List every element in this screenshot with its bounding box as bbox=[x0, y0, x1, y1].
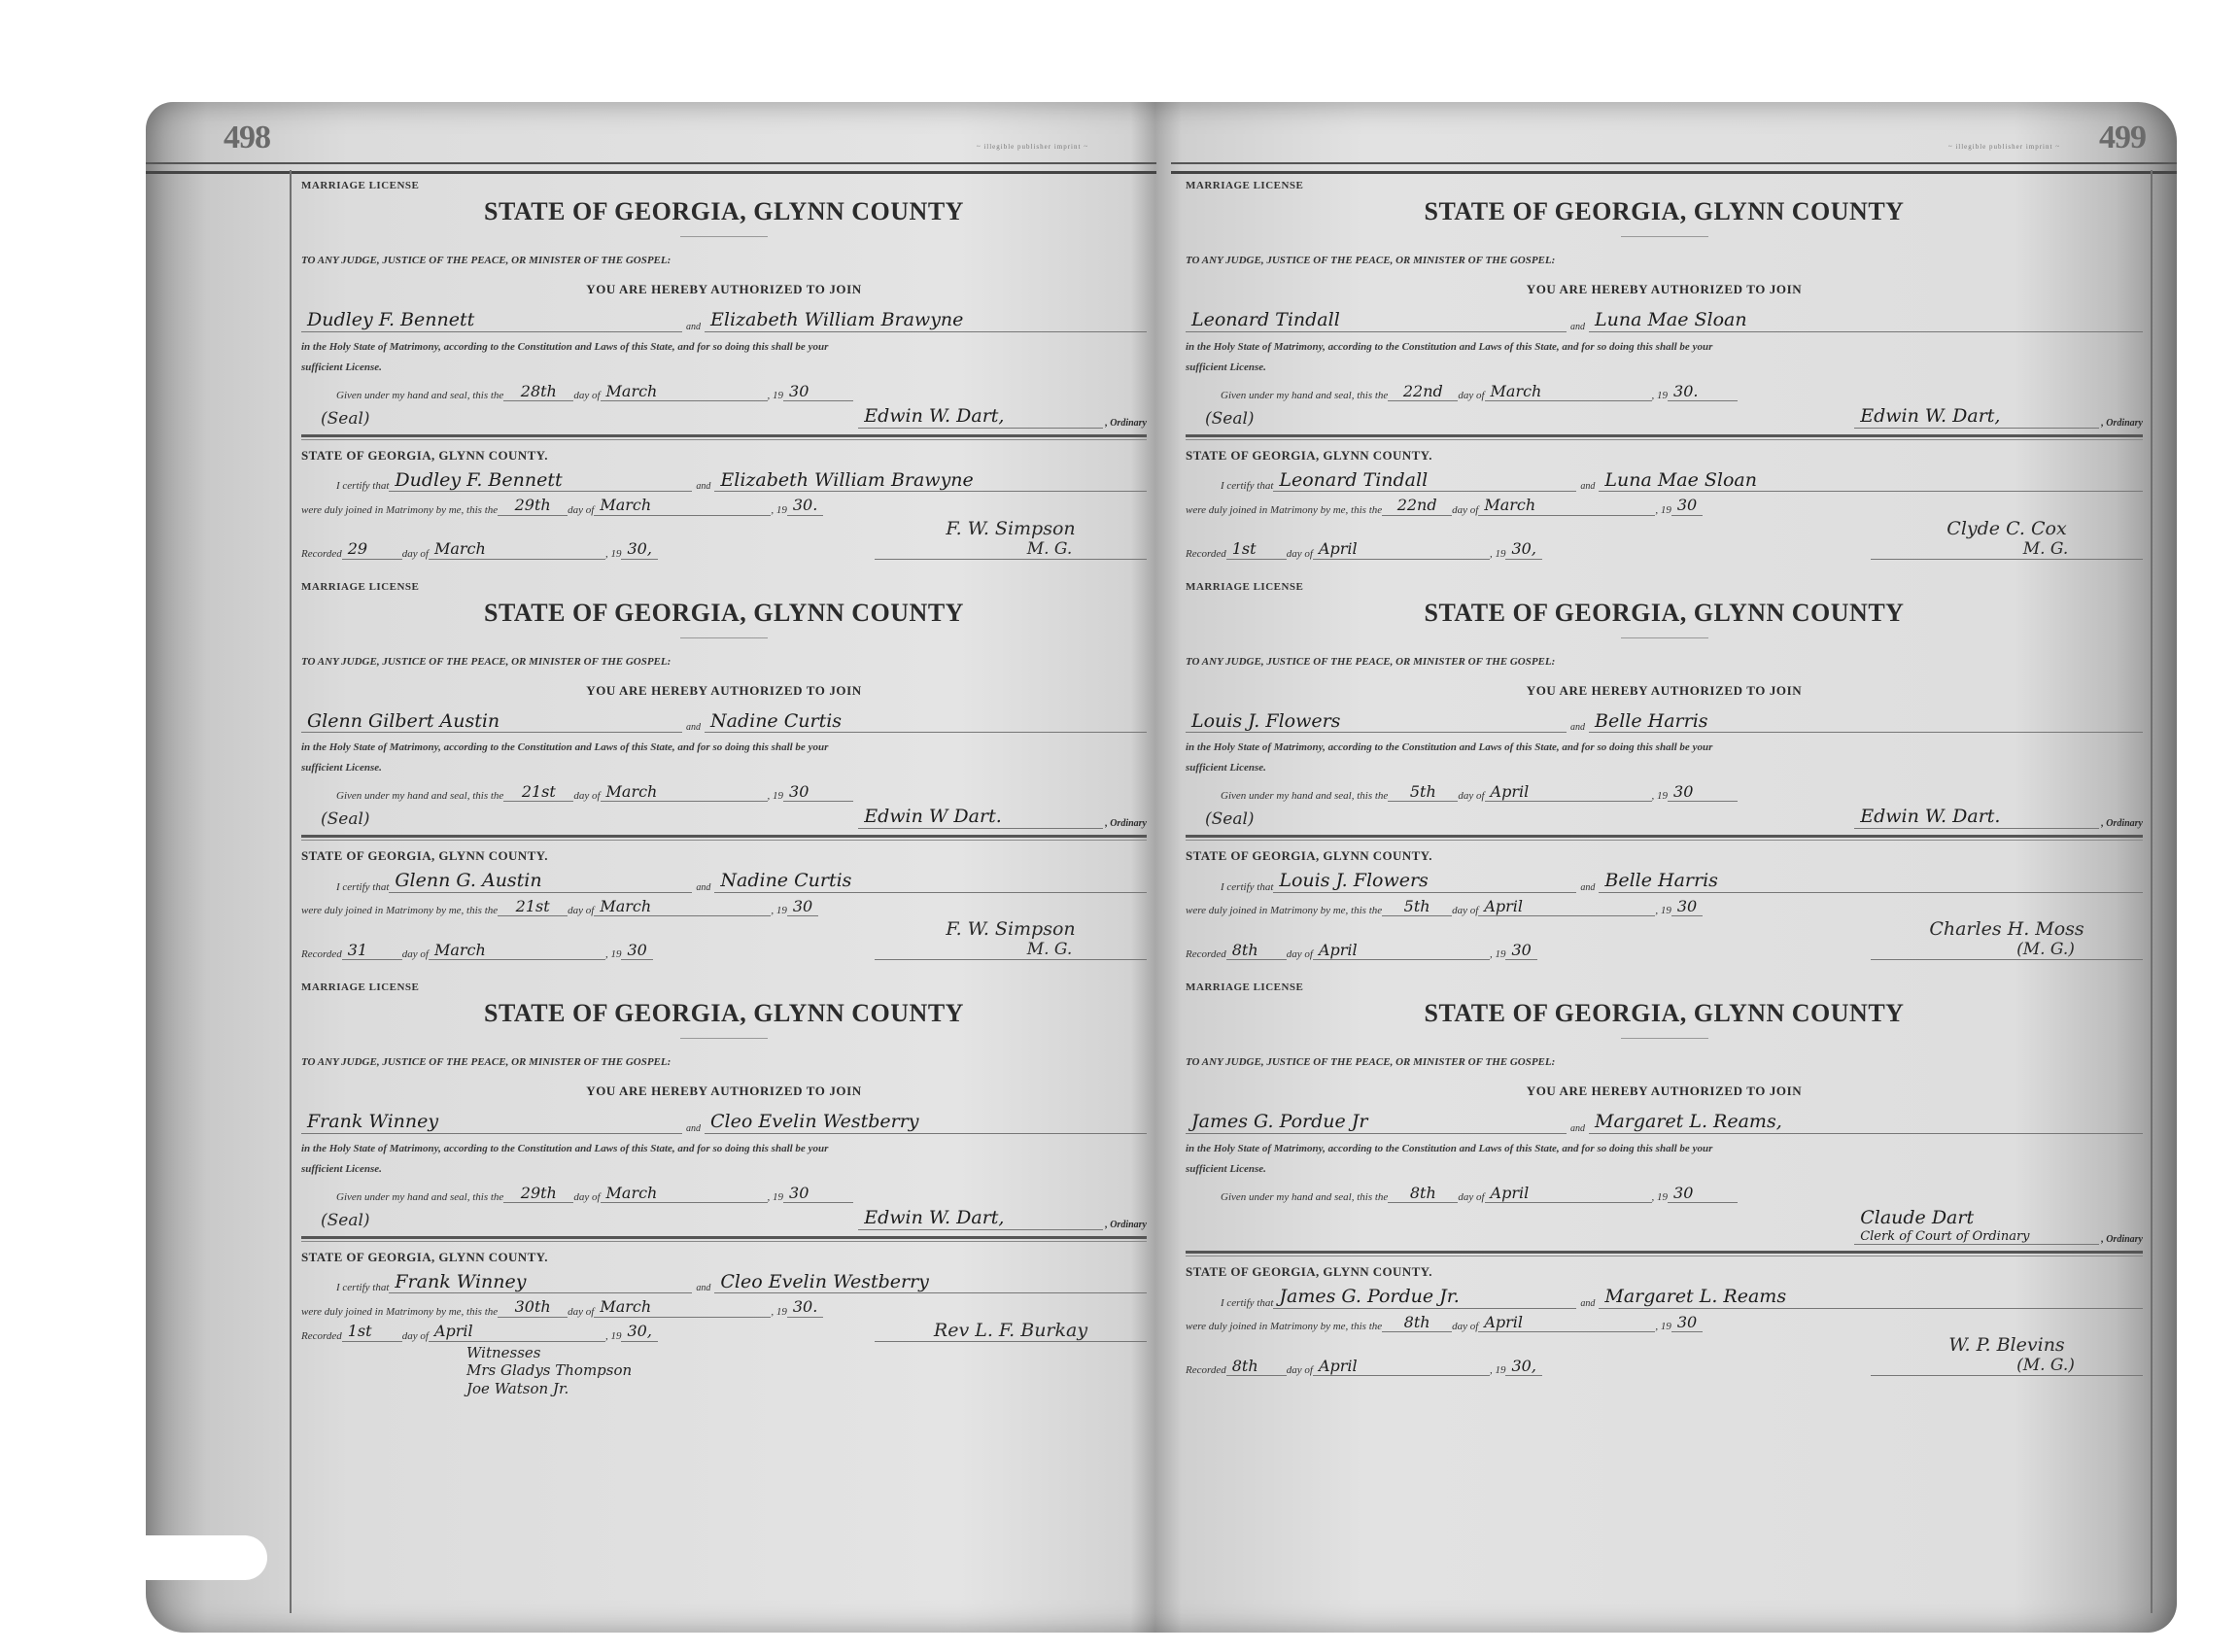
publisher-imprint: ~ illegible publisher imprint ~ bbox=[1948, 143, 2060, 151]
officiant-name: Rev L. F. Burkay bbox=[875, 1320, 1147, 1341]
couple-names: James G. Pordue Jr and Margaret L. Reams… bbox=[1186, 1111, 2143, 1134]
joined-month: March bbox=[594, 1297, 771, 1317]
section-divider bbox=[1186, 1251, 2143, 1256]
ledger-tab-notch bbox=[146, 1535, 267, 1580]
license-year: 30 bbox=[1668, 1184, 1738, 1203]
ordinary-signature-text: Edwin W Dart. bbox=[864, 806, 1002, 827]
and-label: and bbox=[1576, 882, 1599, 893]
officiant-name: F. W. Simpson bbox=[875, 518, 1147, 539]
joined-day: 29th bbox=[498, 496, 568, 515]
year-prefix: , 19 bbox=[771, 905, 787, 916]
seal-mark: (Seal) bbox=[321, 1211, 370, 1230]
officiant-signature: F. W. Simpson M. G. bbox=[875, 918, 1147, 960]
joined-year: 30. bbox=[787, 496, 823, 515]
recorded-month: April bbox=[1313, 1357, 1490, 1376]
license-boilerplate: in the Holy State of Matrimony, accordin… bbox=[301, 738, 1147, 778]
boilerplate-text: sufficient License. bbox=[1186, 1163, 1266, 1175]
recorded-row: Recorded 1st day of April , 19 30, Rev L… bbox=[301, 1320, 1147, 1342]
ordinary-label: , Ordinary bbox=[2101, 418, 2143, 429]
recorded-year: 30 bbox=[1505, 941, 1536, 960]
officiant-title: M. G. bbox=[1871, 539, 2143, 559]
cert-bride-name: Nadine Curtis bbox=[714, 870, 1147, 893]
given-prefix: Given under my hand and seal, this the bbox=[336, 1191, 503, 1203]
cert-groom-name: Leonard Tindall bbox=[1273, 469, 1576, 493]
ordinary-label: , Ordinary bbox=[2101, 1234, 2143, 1245]
authorized-heading: YOU ARE HEREBY AUTHORIZED TO JOIN bbox=[301, 282, 1147, 297]
day-of-label: day of bbox=[1458, 390, 1484, 401]
ordinary-note: Clerk of Court of Ordinary bbox=[1860, 1229, 2093, 1245]
year-prefix: , 19 bbox=[605, 548, 622, 560]
ledger-book: 498 ~ illegible publisher imprint ~ MARR… bbox=[146, 102, 2177, 1633]
couple-names: Dudley F. Bennett and Elizabeth William … bbox=[301, 309, 1147, 332]
certificate-title: STATE OF GEORGIA, GLYNN COUNTY. bbox=[301, 448, 1147, 464]
license-boilerplate: in the Holy State of Matrimony, accordin… bbox=[1186, 1139, 2143, 1180]
joined-month: March bbox=[594, 897, 771, 916]
license-record: MARRIAGE LICENSE STATE OF GEORGIA, GLYNN… bbox=[1186, 981, 2143, 1376]
joined-date-line: were duly joined in Matrimony by me, thi… bbox=[1186, 1313, 2143, 1332]
day-of-label: day of bbox=[1287, 1364, 1313, 1376]
ordinary-signature-row: (Seal) Edwin W. Dart. , Ordinary bbox=[1186, 806, 2143, 829]
officiant-name: W. P. Blevins bbox=[1871, 1334, 2143, 1356]
address-line: TO ANY JUDGE, JUSTICE OF THE PEACE, OR M… bbox=[301, 255, 1147, 266]
certificate-names: I certify that Dudley F. Bennett and Eli… bbox=[336, 469, 1147, 493]
certificate-title: STATE OF GEORGIA, GLYNN COUNTY. bbox=[1186, 1264, 2143, 1280]
certificate-title: STATE OF GEORGIA, GLYNN COUNTY. bbox=[301, 1250, 1147, 1265]
recorded-prefix: Recorded bbox=[1186, 948, 1226, 960]
seal-mark: (Seal) bbox=[321, 409, 370, 429]
ordinary-label: , Ordinary bbox=[1105, 418, 1147, 429]
ordinary-block: Claude Dart Clerk of Court of Ordinary ,… bbox=[1854, 1207, 2143, 1245]
license-day: 22nd bbox=[1388, 382, 1458, 401]
given-prefix: Given under my hand and seal, this the bbox=[1221, 790, 1388, 802]
cert-bride-name: Cleo Evelin Westberry bbox=[714, 1271, 1147, 1294]
address-line: TO ANY JUDGE, JUSTICE OF THE PEACE, OR M… bbox=[1186, 255, 2143, 266]
day-of-label: day of bbox=[568, 905, 594, 916]
header-rule bbox=[146, 162, 1156, 174]
recorded-date-line: Recorded 8th day of April , 19 30 bbox=[1186, 941, 1537, 960]
year-prefix: , 19 bbox=[1490, 1364, 1506, 1376]
boilerplate-text: sufficient License. bbox=[301, 762, 382, 774]
recorded-date-line: Recorded 1st day of April , 19 30, bbox=[1186, 539, 1542, 559]
certificate-names: I certify that Glenn G. Austin and Nadin… bbox=[336, 870, 1147, 893]
state-title: STATE OF GEORGIA, GLYNN COUNTY bbox=[1186, 599, 2143, 628]
and-label: and bbox=[682, 1123, 705, 1134]
cert-bride-name: Luna Mae Sloan bbox=[1599, 469, 2143, 493]
license-date-line: Given under my hand and seal, this the 2… bbox=[336, 782, 1147, 802]
authorized-heading: YOU ARE HEREBY AUTHORIZED TO JOIN bbox=[301, 683, 1147, 699]
ordinary-block: Edwin W. Dart, , Ordinary bbox=[858, 405, 1147, 429]
title-rule bbox=[680, 236, 768, 237]
given-prefix: Given under my hand and seal, this the bbox=[1221, 390, 1388, 401]
address-line: TO ANY JUDGE, JUSTICE OF THE PEACE, OR M… bbox=[301, 656, 1147, 668]
ordinary-signature: Claude Dart Clerk of Court of Ordinary bbox=[1854, 1207, 2099, 1245]
bride-name: Belle Harris bbox=[1589, 710, 2143, 734]
year-prefix: , 19 bbox=[768, 790, 784, 802]
boilerplate-text: in the Holy State of Matrimony, accordin… bbox=[301, 341, 828, 353]
officiant-title: (M. G.) bbox=[1871, 940, 2143, 959]
certificate-title: STATE OF GEORGIA, GLYNN COUNTY. bbox=[1186, 448, 2143, 464]
ordinary-block: Edwin W. Dart. , Ordinary bbox=[1854, 806, 2143, 829]
license-month: March bbox=[601, 782, 768, 802]
license-boilerplate: in the Holy State of Matrimony, accordin… bbox=[1186, 738, 2143, 778]
year-prefix: , 19 bbox=[1652, 390, 1669, 401]
certificate-names: I certify that Frank Winney and Cleo Eve… bbox=[336, 1271, 1147, 1294]
ordinary-signature: Edwin W. Dart. bbox=[1854, 806, 2099, 829]
address-line: TO ANY JUDGE, JUSTICE OF THE PEACE, OR M… bbox=[1186, 656, 2143, 668]
recorded-date-line: Recorded 29 day of March , 19 30, bbox=[301, 539, 658, 559]
cert-groom-name: Glenn G. Austin bbox=[389, 870, 692, 893]
license-year: 30 bbox=[783, 1184, 853, 1203]
day-of-label: day of bbox=[1287, 548, 1313, 560]
title-rule bbox=[1621, 637, 1708, 638]
recorded-date-line: Recorded 8th day of April , 19 30, bbox=[1186, 1357, 1542, 1376]
cert-groom-name: Louis J. Flowers bbox=[1273, 870, 1576, 893]
state-title: STATE OF GEORGIA, GLYNN COUNTY bbox=[1186, 197, 2143, 226]
ordinary-label: , Ordinary bbox=[2101, 818, 2143, 829]
bride-name: Cleo Evelin Westberry bbox=[705, 1111, 1147, 1134]
groom-name: Glenn Gilbert Austin bbox=[301, 710, 682, 734]
license-year: 30. bbox=[1668, 382, 1738, 401]
given-prefix: Given under my hand and seal, this the bbox=[1221, 1191, 1388, 1203]
marriage-license-label: MARRIAGE LICENSE bbox=[301, 180, 1147, 191]
recorded-row: Recorded 8th day of April , 19 30 Charle… bbox=[1186, 918, 2143, 960]
license-record: MARRIAGE LICENSE STATE OF GEORGIA, GLYNN… bbox=[301, 581, 1147, 961]
marriage-license-label: MARRIAGE LICENSE bbox=[1186, 981, 2143, 993]
cert-groom-name: James G. Pordue Jr. bbox=[1273, 1286, 1576, 1309]
joined-day: 21st bbox=[498, 897, 568, 916]
certify-prefix: I certify that bbox=[336, 1282, 389, 1293]
license-date-line: Given under my hand and seal, this the 2… bbox=[336, 1184, 1147, 1203]
joined-date-line: were duly joined in Matrimony by me, thi… bbox=[1186, 897, 2143, 916]
state-title: STATE OF GEORGIA, GLYNN COUNTY bbox=[301, 599, 1147, 628]
cert-groom-name: Dudley F. Bennett bbox=[389, 469, 692, 493]
and-label: and bbox=[682, 722, 705, 733]
and-label: and bbox=[682, 322, 705, 332]
couple-names: Frank Winney and Cleo Evelin Westberry bbox=[301, 1111, 1147, 1134]
page-number: 498 bbox=[224, 120, 270, 156]
ordinary-block: Edwin W. Dart, , Ordinary bbox=[1854, 405, 2143, 429]
joined-month: March bbox=[594, 496, 771, 515]
day-of-label: day of bbox=[573, 1191, 600, 1203]
officiant-name: Charles H. Moss bbox=[1871, 918, 2143, 940]
year-prefix: , 19 bbox=[768, 390, 784, 401]
title-rule bbox=[680, 637, 768, 638]
day-of-label: day of bbox=[402, 1330, 429, 1342]
joined-date-line: were duly joined in Matrimony by me, thi… bbox=[1186, 496, 2143, 515]
section-divider bbox=[301, 1236, 1147, 1242]
cert-bride-name: Margaret L. Reams bbox=[1599, 1286, 2143, 1309]
boilerplate-text: sufficient License. bbox=[1186, 762, 1266, 774]
day-of-label: day of bbox=[568, 1306, 594, 1318]
recorded-year: 30, bbox=[621, 1322, 657, 1341]
year-prefix: , 19 bbox=[1490, 948, 1506, 960]
license-boilerplate: in the Holy State of Matrimony, accordin… bbox=[1186, 337, 2143, 378]
license-day: 29th bbox=[503, 1184, 573, 1203]
license-year: 30 bbox=[1668, 782, 1738, 802]
officiant-title: (M. G.) bbox=[1871, 1356, 2143, 1375]
ordinary-signature-text: Edwin W. Dart, bbox=[1860, 405, 2000, 427]
license-month: April bbox=[1485, 1184, 1652, 1203]
recorded-prefix: Recorded bbox=[301, 948, 342, 960]
boilerplate-text: sufficient License. bbox=[301, 361, 382, 373]
joined-prefix: were duly joined in Matrimony by me, thi… bbox=[1186, 905, 1382, 916]
groom-name: Louis J. Flowers bbox=[1186, 710, 1567, 734]
groom-name: Leonard Tindall bbox=[1186, 309, 1567, 332]
authorized-heading: YOU ARE HEREBY AUTHORIZED TO JOIN bbox=[1186, 1084, 2143, 1099]
recorded-year: 30, bbox=[621, 539, 657, 559]
certify-prefix: I certify that bbox=[336, 881, 389, 893]
and-label: and bbox=[1567, 1123, 1589, 1134]
day-of-label: day of bbox=[573, 390, 600, 401]
ordinary-signature-row: (Seal) Edwin W. Dart, , Ordinary bbox=[301, 405, 1147, 429]
recorded-day: 29 bbox=[342, 539, 402, 559]
ordinary-block: Edwin W. Dart, , Ordinary bbox=[858, 1207, 1147, 1230]
joined-prefix: were duly joined in Matrimony by me, thi… bbox=[301, 905, 498, 916]
recorded-day: 1st bbox=[342, 1322, 402, 1341]
recorded-row: Recorded 29 day of March , 19 30, F. W. … bbox=[301, 518, 1147, 560]
right-page: 499 ~ illegible publisher imprint ~ MARR… bbox=[1171, 102, 2177, 1633]
bride-name: Luna Mae Sloan bbox=[1589, 309, 2143, 332]
section-divider bbox=[1186, 835, 2143, 841]
license-list: MARRIAGE LICENSE STATE OF GEORGIA, GLYNN… bbox=[301, 180, 1147, 1420]
officiant-signature: F. W. Simpson M. G. bbox=[875, 518, 1147, 560]
ordinary-label: , Ordinary bbox=[1105, 818, 1147, 829]
joined-prefix: were duly joined in Matrimony by me, thi… bbox=[1186, 1321, 1382, 1332]
recorded-date-line: Recorded 31 day of March , 19 30 bbox=[301, 941, 653, 960]
recorded-day: 1st bbox=[1226, 539, 1287, 559]
boilerplate-text: in the Holy State of Matrimony, accordin… bbox=[1186, 741, 1712, 753]
header-rule bbox=[1171, 162, 2177, 174]
marriage-license-label: MARRIAGE LICENSE bbox=[1186, 180, 2143, 191]
certificate-title: STATE OF GEORGIA, GLYNN COUNTY. bbox=[301, 848, 1147, 864]
state-title: STATE OF GEORGIA, GLYNN COUNTY bbox=[301, 197, 1147, 226]
ordinary-label: , Ordinary bbox=[1105, 1220, 1147, 1230]
recorded-month: March bbox=[429, 539, 605, 559]
joined-date-line: were duly joined in Matrimony by me, thi… bbox=[301, 897, 1147, 916]
license-month: March bbox=[1485, 382, 1652, 401]
license-boilerplate: in the Holy State of Matrimony, accordin… bbox=[301, 1139, 1147, 1180]
officiant-signature: Charles H. Moss (M. G.) bbox=[1871, 918, 2143, 960]
license-record: MARRIAGE LICENSE STATE OF GEORGIA, GLYNN… bbox=[301, 981, 1147, 1398]
and-label: and bbox=[692, 882, 714, 893]
officiant-signature: Clyde C. Cox M. G. bbox=[1871, 518, 2143, 560]
certify-prefix: I certify that bbox=[1221, 480, 1273, 492]
year-prefix: , 19 bbox=[605, 1330, 622, 1342]
license-date-line: Given under my hand and seal, this the 8… bbox=[1221, 1184, 2143, 1203]
joined-month: March bbox=[1478, 496, 1655, 515]
recorded-month: April bbox=[1313, 539, 1490, 559]
couple-names: Louis J. Flowers and Belle Harris bbox=[1186, 710, 2143, 734]
day-of-label: day of bbox=[568, 504, 594, 516]
certify-prefix: I certify that bbox=[336, 480, 389, 492]
joined-year: 30 bbox=[787, 897, 818, 916]
license-year: 30 bbox=[783, 782, 853, 802]
ordinary-signature-row: (Seal) Edwin W Dart. , Ordinary bbox=[301, 806, 1147, 829]
joined-date-line: were duly joined in Matrimony by me, thi… bbox=[301, 1297, 1147, 1317]
witness-line: Mrs Gladys Thompson bbox=[466, 1361, 1147, 1380]
certificate-names: I certify that James G. Pordue Jr. and M… bbox=[1221, 1286, 2143, 1309]
authorized-heading: YOU ARE HEREBY AUTHORIZED TO JOIN bbox=[301, 1084, 1147, 1099]
seal-mark: (Seal) bbox=[1205, 809, 1255, 829]
marriage-license-label: MARRIAGE LICENSE bbox=[301, 981, 1147, 993]
license-record: MARRIAGE LICENSE STATE OF GEORGIA, GLYNN… bbox=[301, 180, 1147, 560]
year-prefix: , 19 bbox=[1652, 1191, 1669, 1203]
day-of-label: day of bbox=[1452, 905, 1478, 916]
recorded-day: 8th bbox=[1226, 1357, 1287, 1376]
joined-prefix: were duly joined in Matrimony by me, thi… bbox=[301, 504, 498, 516]
license-year: 30 bbox=[783, 382, 853, 401]
year-prefix: , 19 bbox=[1652, 790, 1669, 802]
license-date-line: Given under my hand and seal, this the 5… bbox=[1221, 782, 2143, 802]
year-prefix: , 19 bbox=[1490, 548, 1506, 560]
ordinary-signature-row: (Seal) Edwin W. Dart, , Ordinary bbox=[1186, 405, 2143, 429]
boilerplate-text: in the Holy State of Matrimony, accordin… bbox=[301, 1143, 828, 1154]
officiant-name: F. W. Simpson bbox=[875, 918, 1147, 940]
license-record: MARRIAGE LICENSE STATE OF GEORGIA, GLYNN… bbox=[1186, 581, 2143, 961]
given-prefix: Given under my hand and seal, this the bbox=[336, 390, 503, 401]
publisher-imprint: ~ illegible publisher imprint ~ bbox=[977, 143, 1088, 151]
year-prefix: , 19 bbox=[1655, 905, 1671, 916]
certificate-names: I certify that Louis J. Flowers and Bell… bbox=[1221, 870, 2143, 893]
recorded-year: 30 bbox=[621, 941, 652, 960]
recorded-year: 30, bbox=[1505, 539, 1541, 559]
joined-day: 22nd bbox=[1382, 496, 1452, 515]
joined-month: April bbox=[1478, 897, 1655, 916]
ordinary-signature-text: Claude Dart bbox=[1860, 1207, 1974, 1228]
cert-groom-name: Frank Winney bbox=[389, 1271, 692, 1294]
state-title: STATE OF GEORGIA, GLYNN COUNTY bbox=[301, 999, 1147, 1028]
witness-line: Witnesses bbox=[466, 1344, 1147, 1362]
witness-list: WitnessesMrs Gladys ThompsonJoe Watson J… bbox=[466, 1344, 1147, 1398]
authorized-heading: YOU ARE HEREBY AUTHORIZED TO JOIN bbox=[1186, 683, 2143, 699]
joined-prefix: were duly joined in Matrimony by me, thi… bbox=[1186, 504, 1382, 516]
recorded-date-line: Recorded 1st day of April , 19 30, bbox=[301, 1322, 658, 1341]
section-divider bbox=[1186, 434, 2143, 440]
year-prefix: , 19 bbox=[771, 504, 787, 516]
address-line: TO ANY JUDGE, JUSTICE OF THE PEACE, OR M… bbox=[1186, 1056, 2143, 1068]
officiant-signature: Rev L. F. Burkay bbox=[875, 1320, 1147, 1342]
recorded-prefix: Recorded bbox=[301, 1330, 342, 1342]
title-rule bbox=[1621, 1038, 1708, 1039]
day-of-label: day of bbox=[1458, 1191, 1484, 1203]
couple-names: Leonard Tindall and Luna Mae Sloan bbox=[1186, 309, 2143, 332]
year-prefix: , 19 bbox=[768, 1191, 784, 1203]
and-label: and bbox=[692, 481, 714, 492]
license-day: 21st bbox=[503, 782, 573, 802]
recorded-month: April bbox=[1313, 941, 1490, 960]
ordinary-signature-text: Edwin W. Dart. bbox=[1860, 806, 2000, 827]
boilerplate-text: in the Holy State of Matrimony, accordin… bbox=[301, 741, 828, 753]
year-prefix: , 19 bbox=[605, 948, 622, 960]
and-label: and bbox=[1576, 1298, 1599, 1309]
ordinary-signature: Edwin W Dart. bbox=[858, 806, 1103, 829]
day-of-label: day of bbox=[1287, 948, 1313, 960]
and-label: and bbox=[1567, 722, 1589, 733]
license-record: MARRIAGE LICENSE STATE OF GEORGIA, GLYNN… bbox=[1186, 180, 2143, 560]
joined-year: 30. bbox=[787, 1297, 823, 1317]
joined-day: 30th bbox=[498, 1297, 568, 1317]
margin-rule bbox=[2151, 170, 2153, 1613]
license-month: March bbox=[601, 382, 768, 401]
groom-name: Frank Winney bbox=[301, 1111, 682, 1134]
license-date-line: Given under my hand and seal, this the 2… bbox=[1221, 382, 2143, 401]
joined-date-line: were duly joined in Matrimony by me, thi… bbox=[301, 496, 1147, 515]
recorded-month: March bbox=[429, 941, 605, 960]
and-label: and bbox=[1567, 322, 1589, 332]
license-month: April bbox=[1485, 782, 1652, 802]
year-prefix: , 19 bbox=[1655, 1321, 1671, 1332]
boilerplate-text: sufficient License. bbox=[301, 1163, 382, 1175]
ordinary-block: Edwin W Dart. , Ordinary bbox=[858, 806, 1147, 829]
ordinary-signature-row: (Seal) Edwin W. Dart, , Ordinary bbox=[301, 1207, 1147, 1230]
license-date-line: Given under my hand and seal, this the 2… bbox=[336, 382, 1147, 401]
license-boilerplate: in the Holy State of Matrimony, accordin… bbox=[301, 337, 1147, 378]
recorded-row: Recorded 31 day of March , 19 30 F. W. S… bbox=[301, 918, 1147, 960]
certify-prefix: I certify that bbox=[1221, 881, 1273, 893]
joined-day: 8th bbox=[1382, 1313, 1452, 1332]
couple-names: Glenn Gilbert Austin and Nadine Curtis bbox=[301, 710, 1147, 734]
authorized-heading: YOU ARE HEREBY AUTHORIZED TO JOIN bbox=[1186, 282, 2143, 297]
joined-year: 30 bbox=[1671, 1313, 1703, 1332]
license-day: 28th bbox=[503, 382, 573, 401]
groom-name: Dudley F. Bennett bbox=[301, 309, 682, 332]
license-month: March bbox=[601, 1184, 768, 1203]
recorded-prefix: Recorded bbox=[1186, 1364, 1226, 1376]
day-of-label: day of bbox=[1458, 790, 1484, 802]
witness-line: Joe Watson Jr. bbox=[466, 1380, 1147, 1398]
marriage-license-label: MARRIAGE LICENSE bbox=[301, 581, 1147, 593]
bride-name: Nadine Curtis bbox=[705, 710, 1147, 734]
recorded-day: 31 bbox=[342, 941, 402, 960]
margin-rule bbox=[290, 170, 292, 1613]
recorded-row: Recorded 1st day of April , 19 30, Clyde… bbox=[1186, 518, 2143, 560]
license-day: 8th bbox=[1388, 1184, 1458, 1203]
recorded-year: 30, bbox=[1505, 1357, 1541, 1376]
state-title: STATE OF GEORGIA, GLYNN COUNTY bbox=[1186, 999, 2143, 1028]
boilerplate-text: sufficient License. bbox=[1186, 361, 1266, 373]
recorded-month: April bbox=[429, 1322, 605, 1341]
title-rule bbox=[1621, 236, 1708, 237]
cert-bride-name: Belle Harris bbox=[1599, 870, 2143, 893]
groom-name: James G. Pordue Jr bbox=[1186, 1111, 1567, 1134]
recorded-prefix: Recorded bbox=[301, 548, 342, 560]
joined-year: 30 bbox=[1671, 496, 1703, 515]
title-rule bbox=[680, 1038, 768, 1039]
certify-prefix: I certify that bbox=[1221, 1297, 1273, 1309]
boilerplate-text: in the Holy State of Matrimony, accordin… bbox=[1186, 1143, 1712, 1154]
marriage-license-label: MARRIAGE LICENSE bbox=[1186, 581, 2143, 593]
day-of-label: day of bbox=[402, 548, 429, 560]
left-page: 498 ~ illegible publisher imprint ~ MARR… bbox=[146, 102, 1156, 1633]
ordinary-signature: Edwin W. Dart, bbox=[858, 405, 1103, 429]
and-label: and bbox=[1576, 481, 1599, 492]
day-of-label: day of bbox=[1452, 504, 1478, 516]
year-prefix: , 19 bbox=[1655, 504, 1671, 516]
officiant-signature: W. P. Blevins (M. G.) bbox=[1871, 1334, 2143, 1376]
day-of-label: day of bbox=[1452, 1321, 1478, 1332]
ordinary-signature-row: Claude Dart Clerk of Court of Ordinary ,… bbox=[1186, 1207, 2143, 1245]
section-divider bbox=[301, 434, 1147, 440]
address-line: TO ANY JUDGE, JUSTICE OF THE PEACE, OR M… bbox=[301, 1056, 1147, 1068]
joined-prefix: were duly joined in Matrimony by me, thi… bbox=[301, 1306, 498, 1318]
seal-mark: (Seal) bbox=[1205, 409, 1255, 429]
joined-day: 5th bbox=[1382, 897, 1452, 916]
officiant-name: Clyde C. Cox bbox=[1871, 518, 2143, 539]
certificate-names: I certify that Leonard Tindall and Luna … bbox=[1221, 469, 2143, 493]
bride-name: Elizabeth William Brawyne bbox=[705, 309, 1147, 332]
joined-year: 30 bbox=[1671, 897, 1703, 916]
given-prefix: Given under my hand and seal, this the bbox=[336, 790, 503, 802]
